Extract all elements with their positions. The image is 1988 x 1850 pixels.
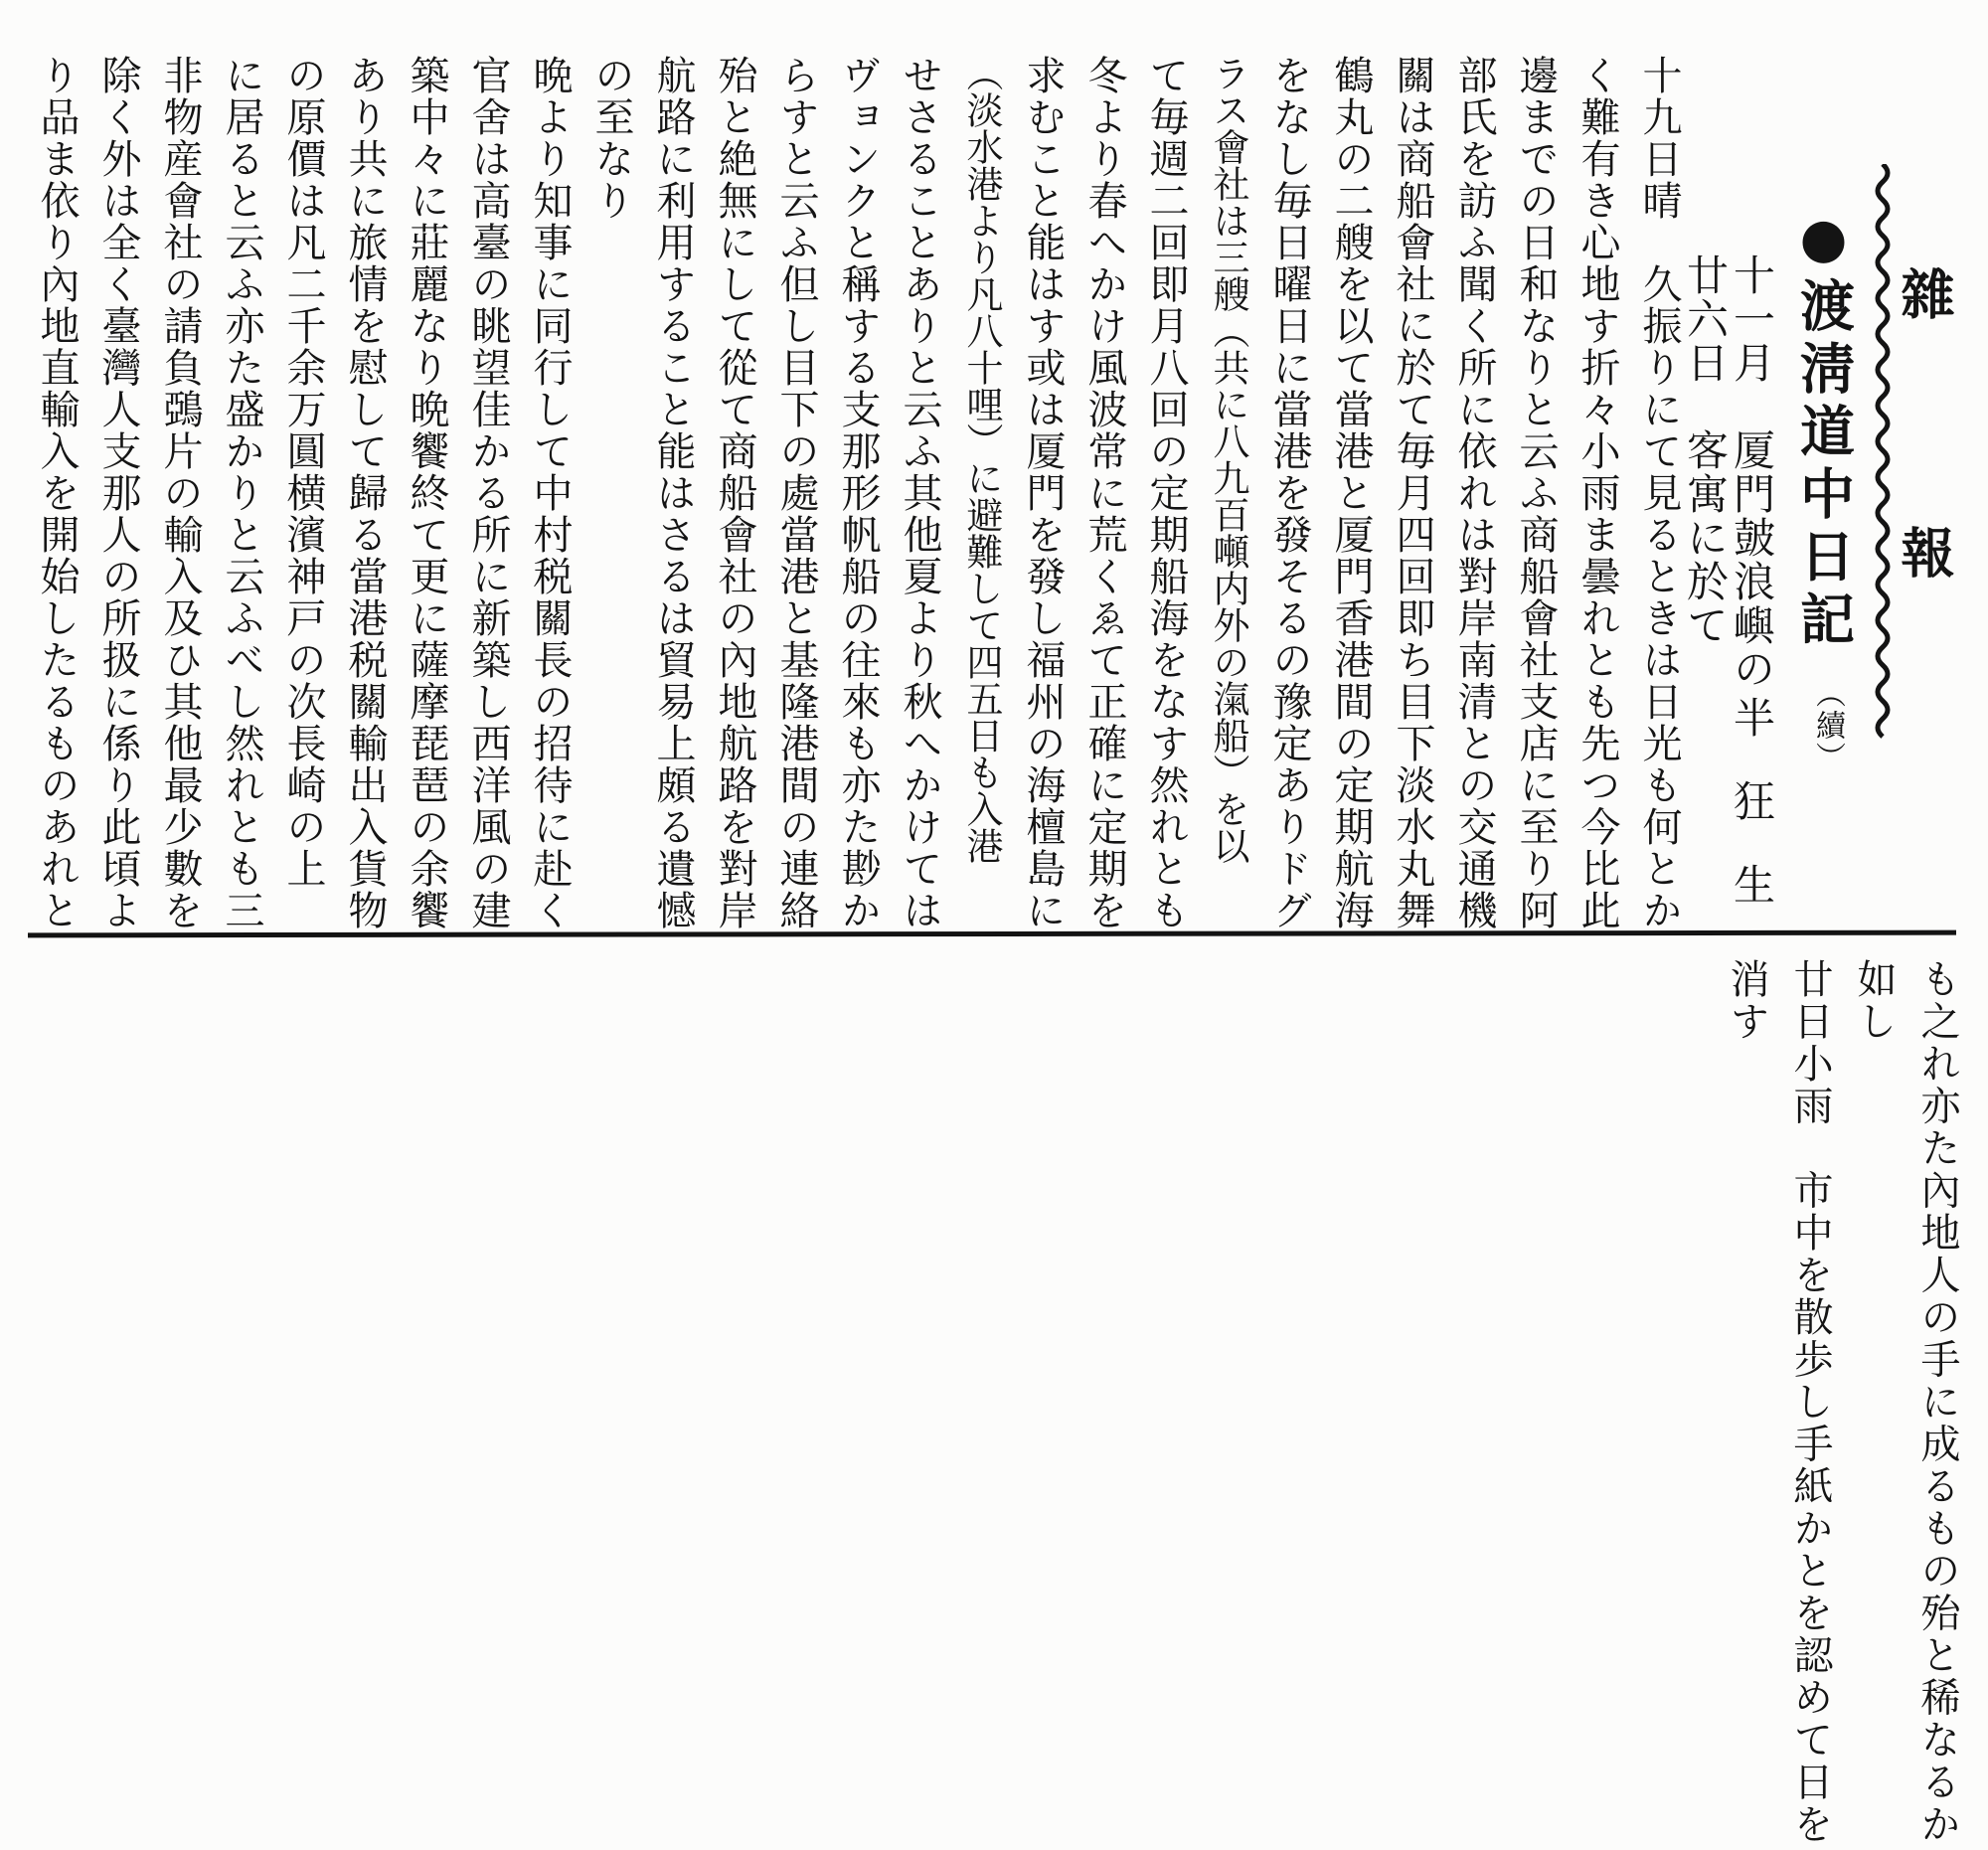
body-column: 除く外は全く臺灣人支那人の所扱に係り此頃よ [97, 55, 139, 933]
body-column: 十九日晴 久振りにて見るときは日光も何とか [1638, 55, 1680, 933]
body-column: 殆と絶無にして從て商船會社の內地航路を對岸 [714, 55, 755, 933]
body-column: 築中々に莊麗なり晩饗終て更に薩摩琵琶の余饗 [406, 55, 447, 933]
body-column: 關は商船會社に於て毎月四回即ち目下淡水丸舞 [1392, 55, 1433, 933]
article-title-text: 渡淸道中日記 [1791, 277, 1856, 653]
body-column: 求むこと能はす或は厦門を發し福州の海檀島に [1022, 55, 1064, 933]
continuation-mark: （續） [1805, 678, 1849, 773]
newspaper-page: { "page": { "paper_color": "#fcfcfb", "i… [0, 0, 1988, 1850]
body-column: 冬より春へかけ風波常に荒くゑて正確に定期を [1083, 55, 1125, 933]
body-column: （淡水港より凡八十哩）に避難して四五日も入港 [960, 55, 1002, 933]
article-bullet-icon: ● [1791, 205, 1856, 277]
body-column: の原價は凡二千余万圓横濱神戸の次長崎の上 [282, 55, 324, 933]
author-signature: 半狂生 [1722, 696, 1781, 946]
section-masthead: 雜報 [1887, 266, 1963, 783]
article-title: ●渡淸道中日記 [1784, 205, 1863, 653]
article-body-columns: 十九日晴 久振りにて見るときは日光も何とかく難有き心地す折々小雨ま曇れとも先つ今… [36, 55, 1680, 933]
body-column: 邊までの日和なりと云ふ商船會社支店に至り阿 [1515, 55, 1557, 933]
body-column: て毎週二回即月八回の定期船海をなす然れとも [1145, 55, 1187, 933]
body-column: あり共に旅情を慰して歸る當港税關輸出入貨物 [344, 55, 386, 933]
body-column: らすと云ふ但し目下の處當港と基隆港間の連絡 [775, 55, 817, 933]
body-column: 晩より知事に同行して中村税關長の招待に赴く [529, 55, 571, 933]
lower-column: 消す [1726, 958, 1767, 1850]
body-column: 航路に利用すること能はさるは貿易上頗る遺憾 [652, 55, 694, 933]
lower-column: も之れ亦た內地人の手に成るもの殆と稀なるか [1916, 958, 1958, 1850]
body-column: ヴョンクと稱する支那形帆船の往來も亦た尠か [837, 55, 879, 933]
article-lower-columns: も之れ亦た內地人の手に成るもの殆と稀なるか如し廿日小雨 市中を散歩し手紙かとを認… [1726, 958, 1958, 1850]
dateline-day-place: 廿六日 客寓に於て [1675, 253, 1735, 647]
body-column: せさることありと云ふ其他夏より秋へかけては [899, 55, 940, 933]
body-column: 部氏を訪ふ聞く所に依れは對岸南清との交通機 [1453, 55, 1495, 933]
body-column: く難有き心地す折々小雨ま曇れとも先つ今比此 [1576, 55, 1618, 933]
body-column: をなし毎日曜日に當港を發そるの豫定ありドグ [1268, 55, 1310, 933]
body-column: 官舍は高臺の眺望佳かる所に新築し西洋風の建 [467, 55, 509, 933]
wavy-rule-icon [1871, 164, 1895, 755]
lower-column: 如し [1853, 958, 1895, 1850]
body-column: ラス會社は三艘（共に八九百噸内外の滊船）を以 [1207, 55, 1248, 933]
body-column: に居ると云ふ亦た盛かりと云ふべし然れとも三 [221, 55, 262, 933]
body-column: 鶴丸の二艘を以て當港と厦門香港間の定期航海 [1330, 55, 1372, 933]
body-column: 非物産會社の請負鵶片の輸入及ひ其他最少數を [159, 55, 201, 933]
body-column: の至なり [590, 55, 632, 933]
body-column: り品ま依り內地直輸入を開始したるものあれと [36, 55, 78, 933]
lower-column: 廿日小雨 市中を散歩し手紙かとを認めて日を [1789, 958, 1831, 1850]
